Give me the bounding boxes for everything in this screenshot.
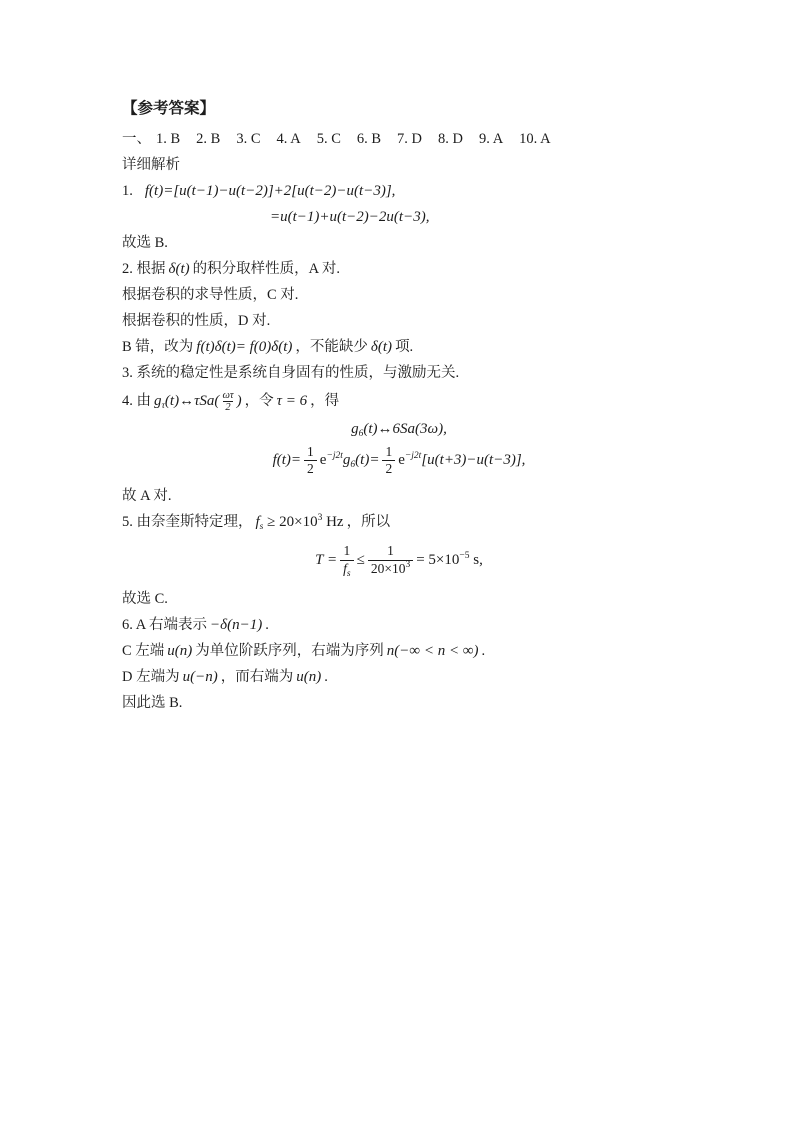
page-title: 【参考答案】 (122, 96, 676, 122)
math-tau-assignment: τ = 6 (277, 393, 308, 409)
math-subscript: s (347, 569, 351, 579)
math-delta-t: δ(t) (169, 261, 190, 277)
math-symbol: (t)↔6Sa(3ω), (363, 421, 447, 437)
math-symbol: ≥ 20×10 (263, 514, 317, 530)
fraction-denominator: fs (340, 560, 353, 577)
text-segment: ，得 (310, 393, 339, 409)
solution-4-conclusion: 故 A 对. (122, 483, 676, 509)
solution-6-line-3: D 左端为u(−n)，而右端为u(n). (122, 664, 676, 690)
fraction-numerator: 1 (304, 444, 317, 460)
text-segment: ，令 (245, 393, 274, 409)
answer-item-2: 2. B (196, 126, 220, 152)
math-symbol: [u(t+3)−u(t−3)], (421, 452, 525, 468)
answer-item-7: 7. D (397, 126, 422, 152)
solution-5-intro: 5. 由奈奎斯特定理，fs ≥ 20×103 Hz，所以 (122, 509, 676, 535)
text-segment: B 错，改为 (122, 339, 193, 355)
solution-4-equation-1: g6(t)↔6Sa(3ω), (122, 416, 676, 442)
math-exponent: −j2t (326, 451, 342, 461)
math-exponent: −j2t (405, 451, 421, 461)
solution-6-conclusion: 因此选 B. (122, 690, 676, 716)
math-exponent: 3 (405, 560, 410, 570)
solution-5-conclusion: 故选 C. (122, 586, 676, 612)
solution-5-equation: T =1fs≤120×103= 5×10−5 s, (122, 543, 676, 576)
math-symbol: , (479, 552, 483, 568)
inline-fraction: ωτ2 (220, 390, 235, 414)
text-segment: 的积分取样性质，A 对. (193, 261, 340, 277)
solution-6-line-2: C 左端u(n)为单位阶跃序列，右端为序列n(−∞ < n < ∞). (122, 638, 676, 664)
solution-1-equation-2: =u(t−1)+u(t−2)−2u(t−3), (270, 209, 429, 225)
solution-1-line-1: 1.f(t)=[u(t−1)−u(t−2)]+2[u(t−2)−u(t−3)], (122, 178, 676, 204)
fraction-denominator: 20×103 (368, 560, 413, 577)
math-delta-t: δ(t) (371, 339, 392, 355)
math-neg-delta: −δ(n−1) (210, 617, 262, 633)
math-symbol: (t)↔τSa( (165, 393, 220, 409)
text-segment: D 左端为 (122, 669, 180, 685)
math-symbol: g (351, 421, 359, 437)
math-symbol: ) (237, 393, 242, 409)
text-segment: 项. (395, 339, 413, 355)
text-segment: ，不能缺少 (295, 339, 368, 355)
math-n-range: n(−∞ < n < ∞) (387, 643, 479, 659)
fraction-numerator: 1 (384, 543, 397, 559)
math-f-expression: f(t)=12e−j2tg6(t)=12e−j2t[u(t+3)−u(t−3)]… (273, 452, 526, 468)
text-segment: . (482, 643, 486, 659)
text-segment: C 左端 (122, 643, 164, 659)
answer-item-8: 8. D (438, 126, 463, 152)
math-symbol: g (154, 393, 162, 409)
answer-item-9: 9. A (479, 126, 503, 152)
math-period-expression: T =1fs≤120×103= 5×10−5 s, (315, 552, 483, 568)
answer-item-6: 6. B (357, 126, 381, 152)
text-segment: . (265, 617, 269, 633)
math-u-n: u(n) (296, 669, 321, 685)
math-g6-pair: g6(t)↔6Sa(3ω), (351, 421, 447, 437)
solution-6-line-1: 6. A 右端表示−δ(n−1). (122, 612, 676, 638)
solution-2-line-3: 根据卷积的性质，D 对. (122, 308, 676, 334)
math-symbol: 20×10 (371, 561, 406, 576)
fraction-one-half: 12 (382, 444, 395, 477)
math-gate-pair: gτ(t)↔τSa(ωτ2) (154, 393, 242, 409)
solution-1-equation-1: f(t)=[u(t−1)−u(t−2)]+2[u(t−2)−u(t−3)], (145, 183, 396, 199)
analysis-heading: 详细解析 (122, 152, 676, 178)
text-segment: 5. 由奈奎斯特定理， (122, 514, 253, 530)
fraction-one-over-fs: 1fs (340, 543, 353, 576)
answers-row: 一、1. B2. B3. C4. A5. C6. B7. D8. D9. A10… (122, 126, 676, 152)
answer-item-3: 3. C (236, 126, 260, 152)
math-symbol: = 5×10 (416, 552, 459, 568)
text-segment: . (324, 669, 328, 685)
fraction-denominator: 2 (382, 460, 395, 477)
solution-2-line-2: 根据卷积的求导性质，C 对. (122, 282, 676, 308)
solution-2-line-1: 2. 根据δ(t)的积分取样性质，A 对. (122, 256, 676, 282)
text-segment: 2. 根据 (122, 261, 166, 277)
text-segment: 为单位阶跃序列，右端为序列 (195, 643, 384, 659)
solution-2-line-4: B 错，改为f(t)δ(t)= f(0)δ(t)，不能缺少δ(t)项. (122, 334, 676, 360)
item-number-1: 1. (122, 183, 133, 199)
math-sampling-identity: f(t)δ(t)= f(0)δ(t) (196, 339, 292, 355)
answer-item-1: 1. B (156, 126, 180, 152)
fraction-denominator: 2 (223, 401, 232, 414)
answer-item-5: 5. C (317, 126, 341, 152)
math-u-neg-n: u(−n) (183, 669, 218, 685)
math-symbol: f(t)= (273, 452, 301, 468)
text-segment: ，而右端为 (221, 669, 294, 685)
answers-section-prefix: 一、 (122, 131, 151, 147)
fraction-one-half: 12 (304, 444, 317, 477)
answer-item-4: 4. A (277, 126, 301, 152)
fraction-numerator: 1 (340, 543, 353, 559)
solution-1-line-2: =u(t−1)+u(t−2)−2u(t−3), (267, 204, 676, 230)
math-unit: s (469, 552, 479, 568)
fraction-one-over-20e3: 120×103 (368, 543, 413, 576)
answer-item-10: 10. A (519, 126, 550, 152)
less-equal-sign: ≤ (357, 552, 365, 568)
answer-key-page: 【参考答案】 一、1. B2. B3. C4. A5. C6. B7. D8. … (0, 0, 794, 1123)
solution-4-equation-2: f(t)=12e−j2tg6(t)=12e−j2t[u(t+3)−u(t−3)]… (122, 444, 676, 477)
solution-1-conclusion: 故选 B. (122, 230, 676, 256)
math-symbol: (t)= (355, 452, 379, 468)
math-exponential: e (398, 452, 405, 468)
text-segment: 6. A 右端表示 (122, 617, 207, 633)
math-u-n: u(n) (167, 643, 192, 659)
fraction-numerator: ωτ (220, 390, 235, 402)
text-segment: ，所以 (347, 514, 391, 530)
math-symbol: T = (315, 552, 337, 568)
math-unit: Hz (322, 514, 343, 530)
math-exponent: −5 (459, 551, 469, 561)
fraction-denominator: 2 (304, 460, 317, 477)
math-sampling-rate: fs ≥ 20×103 Hz (256, 514, 344, 530)
solution-3-text: 3. 系统的稳定性是系统自身固有的性质，与激励无关. (122, 360, 676, 386)
fraction-numerator: 1 (382, 444, 395, 460)
solution-4-intro: 4. 由gτ(t)↔τSa(ωτ2)，令τ = 6，得 (122, 388, 676, 414)
text-segment: 4. 由 (122, 393, 151, 409)
